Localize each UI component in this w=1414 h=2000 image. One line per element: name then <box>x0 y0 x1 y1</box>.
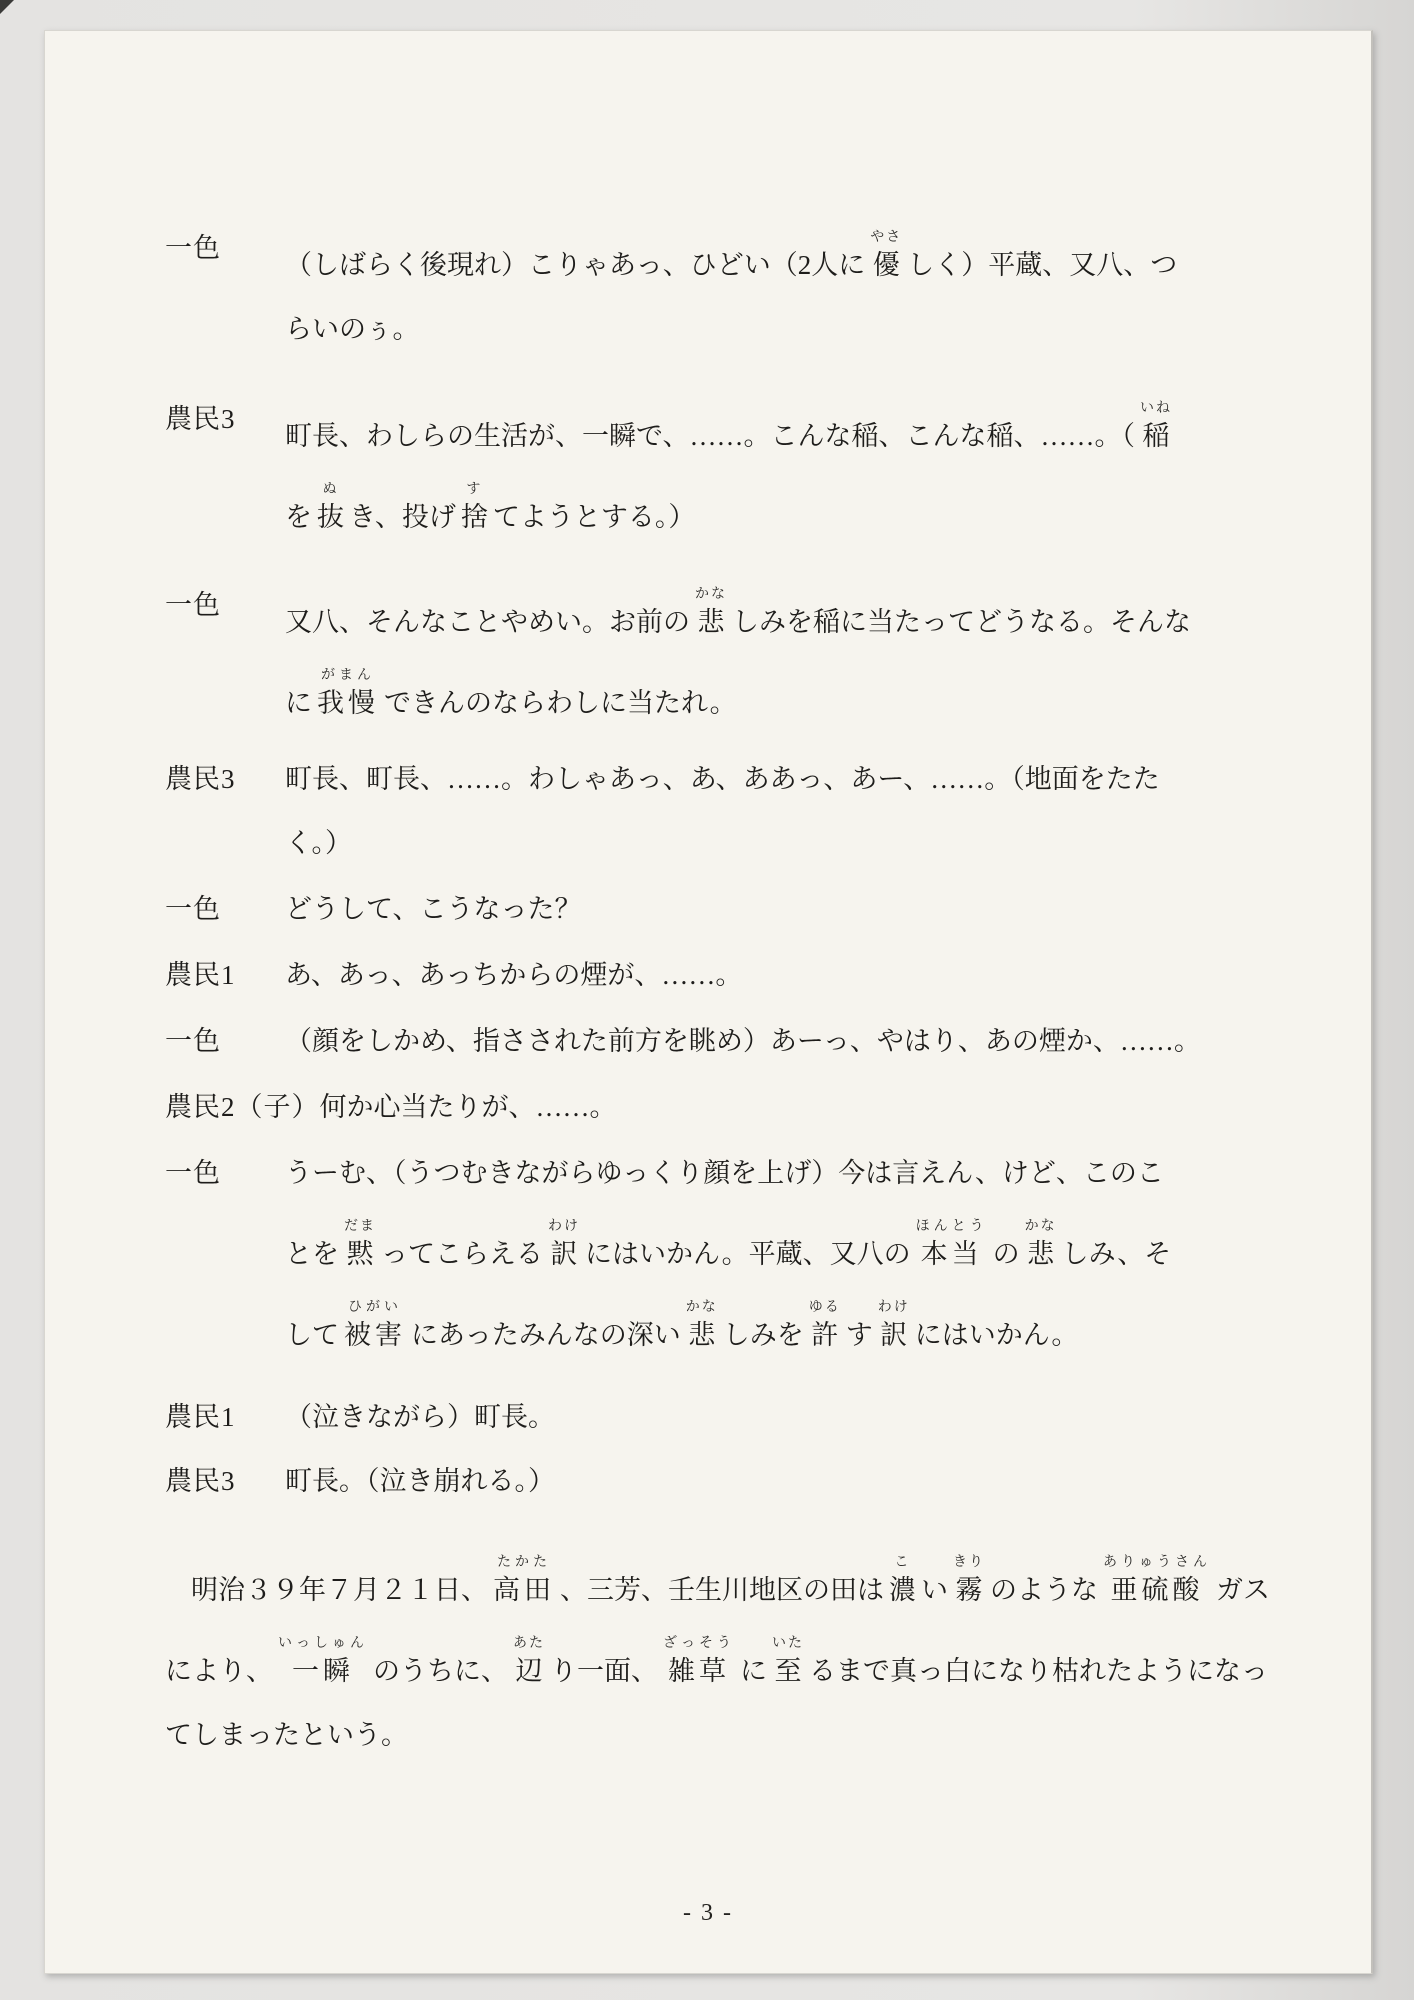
ruby-base-text: 霧 <box>956 1573 983 1607</box>
furigana-text: わけ <box>548 1220 580 1237</box>
furigana-text: ありゅうさん <box>1103 1556 1211 1573</box>
text-segment: により、 <box>165 1654 273 1688</box>
text-segment: とを <box>285 1237 339 1271</box>
speaker-label: 農民2（子） <box>165 1090 320 1124</box>
dialogue-text: 町長、町長、……。わしゃあっ、あ、ああっ、あー、……。（地面をたたく。） <box>285 762 1267 860</box>
narration-block: 明治３９年７月２１日、たかた高田、三芳、壬生川地区の田はこ濃いきり霧のようなあり… <box>165 1556 1267 1752</box>
text-segment: にはいかん。平蔵、又八の <box>585 1237 911 1271</box>
furigana-text: いた <box>772 1637 804 1654</box>
speaker-label: 農民3 <box>165 762 285 796</box>
script-line: をぬ抜き、投げす捨てようとする。） <box>285 483 1267 534</box>
ruby-base-text: 捨 <box>461 500 488 534</box>
dialogue-text: 町長、わしらの生活が、一瞬で、……。こんな稲、こんな稲、……。（いね稲をぬ抜き、… <box>285 402 1267 534</box>
dialogue-text: どうして、こうなった？ <box>285 892 1267 926</box>
text-segment: ってこらえる <box>381 1237 543 1271</box>
text-segment: 町長、町長、……。わしゃあっ、あ、ああっ、あー、……。（地面をたた <box>285 762 1160 796</box>
text-segment: しみ、そ <box>1062 1237 1172 1271</box>
speaker-label: 農民3 <box>165 402 285 436</box>
speaker-label: 一色 <box>165 231 285 265</box>
scan-corner-artifact <box>0 0 14 14</box>
dialogue-text: 町長。（泣き崩れる。） <box>285 1464 1267 1498</box>
text-segment: （顔をしかめ、指さされた前方を眺め）あーっ、やはり、あの煙か、……。 <box>285 1024 1201 1058</box>
dialogue-block: 一色うーむ、（うつむきながらゆっくり顔を上げ）今は言えん、けど、このことをだま黙… <box>165 1156 1267 1352</box>
ruby-base-text: 我慢 <box>317 686 379 720</box>
ruby-segment: がまん我慢 <box>317 669 379 720</box>
text-segment: い <box>921 1573 948 1607</box>
text-segment: して <box>285 1318 339 1352</box>
text-segment: しみを稲に当たってどうなる。そんな <box>732 605 1191 639</box>
furigana-text: ぬ <box>323 483 339 500</box>
text-segment: にあったみんなの深い <box>411 1318 681 1352</box>
furigana-text: だま <box>344 1220 376 1237</box>
text-segment: のうちに、 <box>373 1654 508 1688</box>
script-line: てしまったという。 <box>165 1718 1267 1752</box>
script-line: く。） <box>285 826 1267 860</box>
speaker-label: 農民1 <box>165 1400 285 1434</box>
script-line: あ、あっ、あっちからの煙が、……。 <box>285 958 1267 992</box>
furigana-text: わけ <box>878 1301 910 1318</box>
ruby-base-text: 濃 <box>889 1573 916 1607</box>
script-line: どうして、こうなった？ <box>285 892 1267 926</box>
text-segment: ガス <box>1216 1573 1270 1607</box>
ruby-segment: こ濃 <box>889 1556 916 1607</box>
furigana-text: ひがい <box>348 1301 402 1318</box>
text-segment: 町長、わしらの生活が、一瞬で、……。こんな稲、こんな稲、……。（ <box>285 419 1135 453</box>
script-line: 町長、町長、……。わしゃあっ、あ、ああっ、あー、……。（地面をたた <box>285 762 1267 796</box>
narration-text: 明治３９年７月２１日、たかた高田、三芳、壬生川地区の田はこ濃いきり霧のようなあり… <box>165 1556 1267 1752</box>
speaker-label: 農民1 <box>165 958 285 992</box>
ruby-segment: ざっそう雑草 <box>663 1637 735 1688</box>
dialogue-block: 一色（しばらく後現れ）こりゃあっ、ひどい（2人にやさ優しく）平蔵、又八、つらいの… <box>165 231 1267 346</box>
text-segment: （泣きながら）町長。 <box>285 1400 555 1434</box>
dialogue-block: 農民2（子）何か心当たりが、……。 <box>165 1090 1267 1124</box>
dialogue-block: 農民3町長、わしらの生活が、一瞬で、……。こんな稲、こんな稲、……。（いね稲をぬ… <box>165 402 1267 534</box>
furigana-text: いね <box>1140 402 1172 419</box>
ruby-base-text: 雑草 <box>668 1654 730 1688</box>
script-line: 明治３９年７月２１日、たかた高田、三芳、壬生川地区の田はこ濃いきり霧のようなあり… <box>165 1556 1267 1607</box>
script-line: うーむ、（うつむきながらゆっくり顔を上げ）今は言えん、けど、このこ <box>285 1156 1267 1190</box>
text-segment: く。） <box>285 826 352 860</box>
ruby-segment: わけ訳 <box>548 1220 580 1271</box>
speaker-label: 一色 <box>165 892 285 926</box>
text-segment: 又八、そんなことやめい。お前の <box>285 605 690 639</box>
furigana-text: ざっそう <box>663 1637 735 1654</box>
ruby-segment: かな悲 <box>686 1301 718 1352</box>
speaker-label: 一色 <box>165 1024 285 1058</box>
ruby-segment: す捨 <box>461 483 488 534</box>
ruby-segment: いた至 <box>772 1637 804 1688</box>
furigana-text: きり <box>953 1556 985 1573</box>
ruby-base-text: 許 <box>811 1318 838 1352</box>
text-segment: あ、あっ、あっちからの煙が、……。 <box>285 958 742 992</box>
script-line: らいのぅ。 <box>285 312 1267 346</box>
dialogue-block: 一色（顔をしかめ、指さされた前方を眺め）あーっ、やはり、あの煙か、……。 <box>165 1024 1267 1058</box>
furigana-text: あた <box>513 1637 545 1654</box>
ruby-segment: ぬ抜 <box>317 483 344 534</box>
furigana-text: やさ <box>870 231 902 248</box>
script-line: により、いっしゅん一瞬のうちに、あた辺り一面、ざっそう雑草にいた至るまで真っ白に… <box>165 1637 1267 1688</box>
script-line: （しばらく後現れ）こりゃあっ、ひどい（2人にやさ優しく）平蔵、又八、つ <box>285 231 1267 282</box>
script-line: とをだま黙ってこらえるわけ訳にはいかん。平蔵、又八のほんとう本当のかな悲しみ、そ <box>285 1220 1267 1271</box>
ruby-segment: ありゅうさん亜硫酸 <box>1103 1556 1211 1607</box>
ruby-base-text: 悲 <box>698 605 725 639</box>
ruby-base-text: 悲 <box>1027 1237 1054 1271</box>
ruby-base-text: 辺 <box>516 1654 543 1688</box>
script-line: 又八、そんなことやめい。お前のかな悲しみを稲に当たってどうなる。そんな <box>285 588 1267 639</box>
furigana-text: いっしゅん <box>278 1637 368 1654</box>
script-line: （泣きながら）町長。 <box>285 1400 1267 1434</box>
furigana-text: たかた <box>497 1556 551 1573</box>
script-line: 町長、わしらの生活が、一瞬で、……。こんな稲、こんな稲、……。（いね稲 <box>285 402 1267 453</box>
ruby-base-text: 悲 <box>688 1318 715 1352</box>
text-segment: き、投げ <box>349 500 456 534</box>
ruby-base-text: 被害 <box>344 1318 406 1352</box>
ruby-segment: いね稲 <box>1140 402 1172 453</box>
ruby-base-text: 訳 <box>551 1237 578 1271</box>
ruby-segment: ゆる許 <box>809 1301 841 1352</box>
ruby-segment: ほんとう本当 <box>916 1220 988 1271</box>
text-segment: 何か心当たりが、……。 <box>320 1090 617 1124</box>
dialogue-text: 又八、そんなことやめい。お前のかな悲しみを稲に当たってどうなる。そんなにがまん我… <box>285 588 1267 720</box>
speaker-label: 一色 <box>165 588 285 622</box>
ruby-segment: いっしゅん一瞬 <box>278 1637 368 1688</box>
ruby-base-text: 訳 <box>880 1318 907 1352</box>
text-segment: しみを <box>723 1318 804 1352</box>
ruby-segment: ひがい被害 <box>344 1301 406 1352</box>
text-segment: す <box>846 1318 873 1352</box>
ruby-segment: わけ訳 <box>878 1301 910 1352</box>
text-segment: り一面、 <box>550 1654 658 1688</box>
text-segment: うーむ、（うつむきながらゆっくり顔を上げ）今は言えん、けど、このこ <box>285 1156 1164 1190</box>
text-segment: らいのぅ。 <box>285 312 419 346</box>
script-line: （顔をしかめ、指さされた前方を眺め）あーっ、やはり、あの煙か、……。 <box>285 1024 1267 1058</box>
document-page: 一色（しばらく後現れ）こりゃあっ、ひどい（2人にやさ優しく）平蔵、又八、つらいの… <box>44 30 1373 1974</box>
text-segment: に <box>740 1654 767 1688</box>
furigana-text: かな <box>1025 1220 1057 1237</box>
text-segment: てようとする。） <box>493 500 696 534</box>
script-line: してひがい被害にあったみんなの深いかな悲しみをゆる許すわけ訳にはいかん。 <box>285 1301 1267 1352</box>
dialogue-text: 何か心当たりが、……。 <box>320 1090 1268 1124</box>
dialogue-text: あ、あっ、あっちからの煙が、……。 <box>285 958 1267 992</box>
ruby-segment: かな悲 <box>695 588 727 639</box>
furigana-text: ゆる <box>809 1301 841 1318</box>
text-segment: に <box>285 686 312 720</box>
text-segment: （しばらく後現れ）こりゃあっ、ひどい（2人に <box>285 248 865 282</box>
furigana-text: ほんとう <box>916 1220 988 1237</box>
text-segment: を <box>285 500 312 534</box>
text-segment: 明治３９年７月２１日、 <box>191 1573 488 1607</box>
script-line: 何か心当たりが、……。 <box>320 1090 1268 1124</box>
ruby-base-text: 至 <box>775 1654 802 1688</box>
ruby-base-text: 稲 <box>1142 419 1169 453</box>
ruby-segment: たかた高田 <box>493 1556 555 1607</box>
text-segment: のような <box>990 1573 1098 1607</box>
ruby-base-text: 高田 <box>493 1573 555 1607</box>
page-number: - 3 - <box>45 1900 1371 1927</box>
script-content: 一色（しばらく後現れ）こりゃあっ、ひどい（2人にやさ優しく）平蔵、又八、つらいの… <box>165 231 1267 1752</box>
dialogue-text: （泣きながら）町長。 <box>285 1400 1267 1434</box>
dialogue-text: （しばらく後現れ）こりゃあっ、ひどい（2人にやさ優しく）平蔵、又八、つらいのぅ。 <box>285 231 1267 346</box>
speaker-label: 農民3 <box>165 1464 285 1498</box>
ruby-segment: かな悲 <box>1025 1220 1057 1271</box>
text-segment: の <box>993 1237 1020 1271</box>
dialogue-block: 農民1あ、あっ、あっちからの煙が、……。 <box>165 958 1267 992</box>
furigana-text: す <box>466 483 482 500</box>
dialogue-text: うーむ、（うつむきながらゆっくり顔を上げ）今は言えん、けど、このことをだま黙って… <box>285 1156 1267 1352</box>
dialogue-block: 一色どうして、こうなった？ <box>165 892 1267 926</box>
ruby-base-text: 亜硫酸 <box>1111 1573 1204 1607</box>
ruby-base-text: 黙 <box>347 1237 374 1271</box>
text-segment: しく）平蔵、又八、つ <box>907 248 1177 282</box>
furigana-text: かな <box>695 588 727 605</box>
text-segment: できんのならわしに当たれ。 <box>384 686 737 720</box>
ruby-segment: あた辺 <box>513 1637 545 1688</box>
ruby-segment: だま黙 <box>344 1220 376 1271</box>
dialogue-block: 農民1（泣きながら）町長。 <box>165 1400 1267 1434</box>
dialogue-text: （顔をしかめ、指さされた前方を眺め）あーっ、やはり、あの煙か、……。 <box>285 1024 1267 1058</box>
text-segment: るまで真っ白になり枯れたようになっ <box>809 1654 1268 1688</box>
ruby-segment: きり霧 <box>953 1556 985 1607</box>
dialogue-block: 農民3町長。（泣き崩れる。） <box>165 1464 1267 1498</box>
furigana-text: こ <box>895 1556 911 1573</box>
furigana-text: がまん <box>321 669 375 686</box>
text-segment: てしまったという。 <box>165 1718 408 1752</box>
speaker-label: 一色 <box>165 1156 285 1190</box>
dialogue-block: 農民3町長、町長、……。わしゃあっ、あ、ああっ、あー、……。（地面をたたく。） <box>165 762 1267 860</box>
script-line: にがまん我慢できんのならわしに当たれ。 <box>285 669 1267 720</box>
script-line: 町長。（泣き崩れる。） <box>285 1464 1267 1498</box>
ruby-base-text: 優 <box>873 248 900 282</box>
ruby-segment: やさ優 <box>870 231 902 282</box>
text-segment: にはいかん。 <box>915 1318 1079 1352</box>
dialogue-block: 一色又八、そんなことやめい。お前のかな悲しみを稲に当たってどうなる。そんなにがま… <box>165 588 1267 720</box>
furigana-text: かな <box>686 1301 718 1318</box>
ruby-base-text: 本当 <box>921 1237 983 1271</box>
text-segment: どうして、こうなった？ <box>285 892 581 926</box>
text-segment: 町長。（泣き崩れる。） <box>285 1464 555 1498</box>
ruby-base-text: 抜 <box>317 500 344 534</box>
text-segment: 、三芳、壬生川地区の田は <box>560 1573 884 1607</box>
ruby-base-text: 一瞬 <box>292 1654 354 1688</box>
